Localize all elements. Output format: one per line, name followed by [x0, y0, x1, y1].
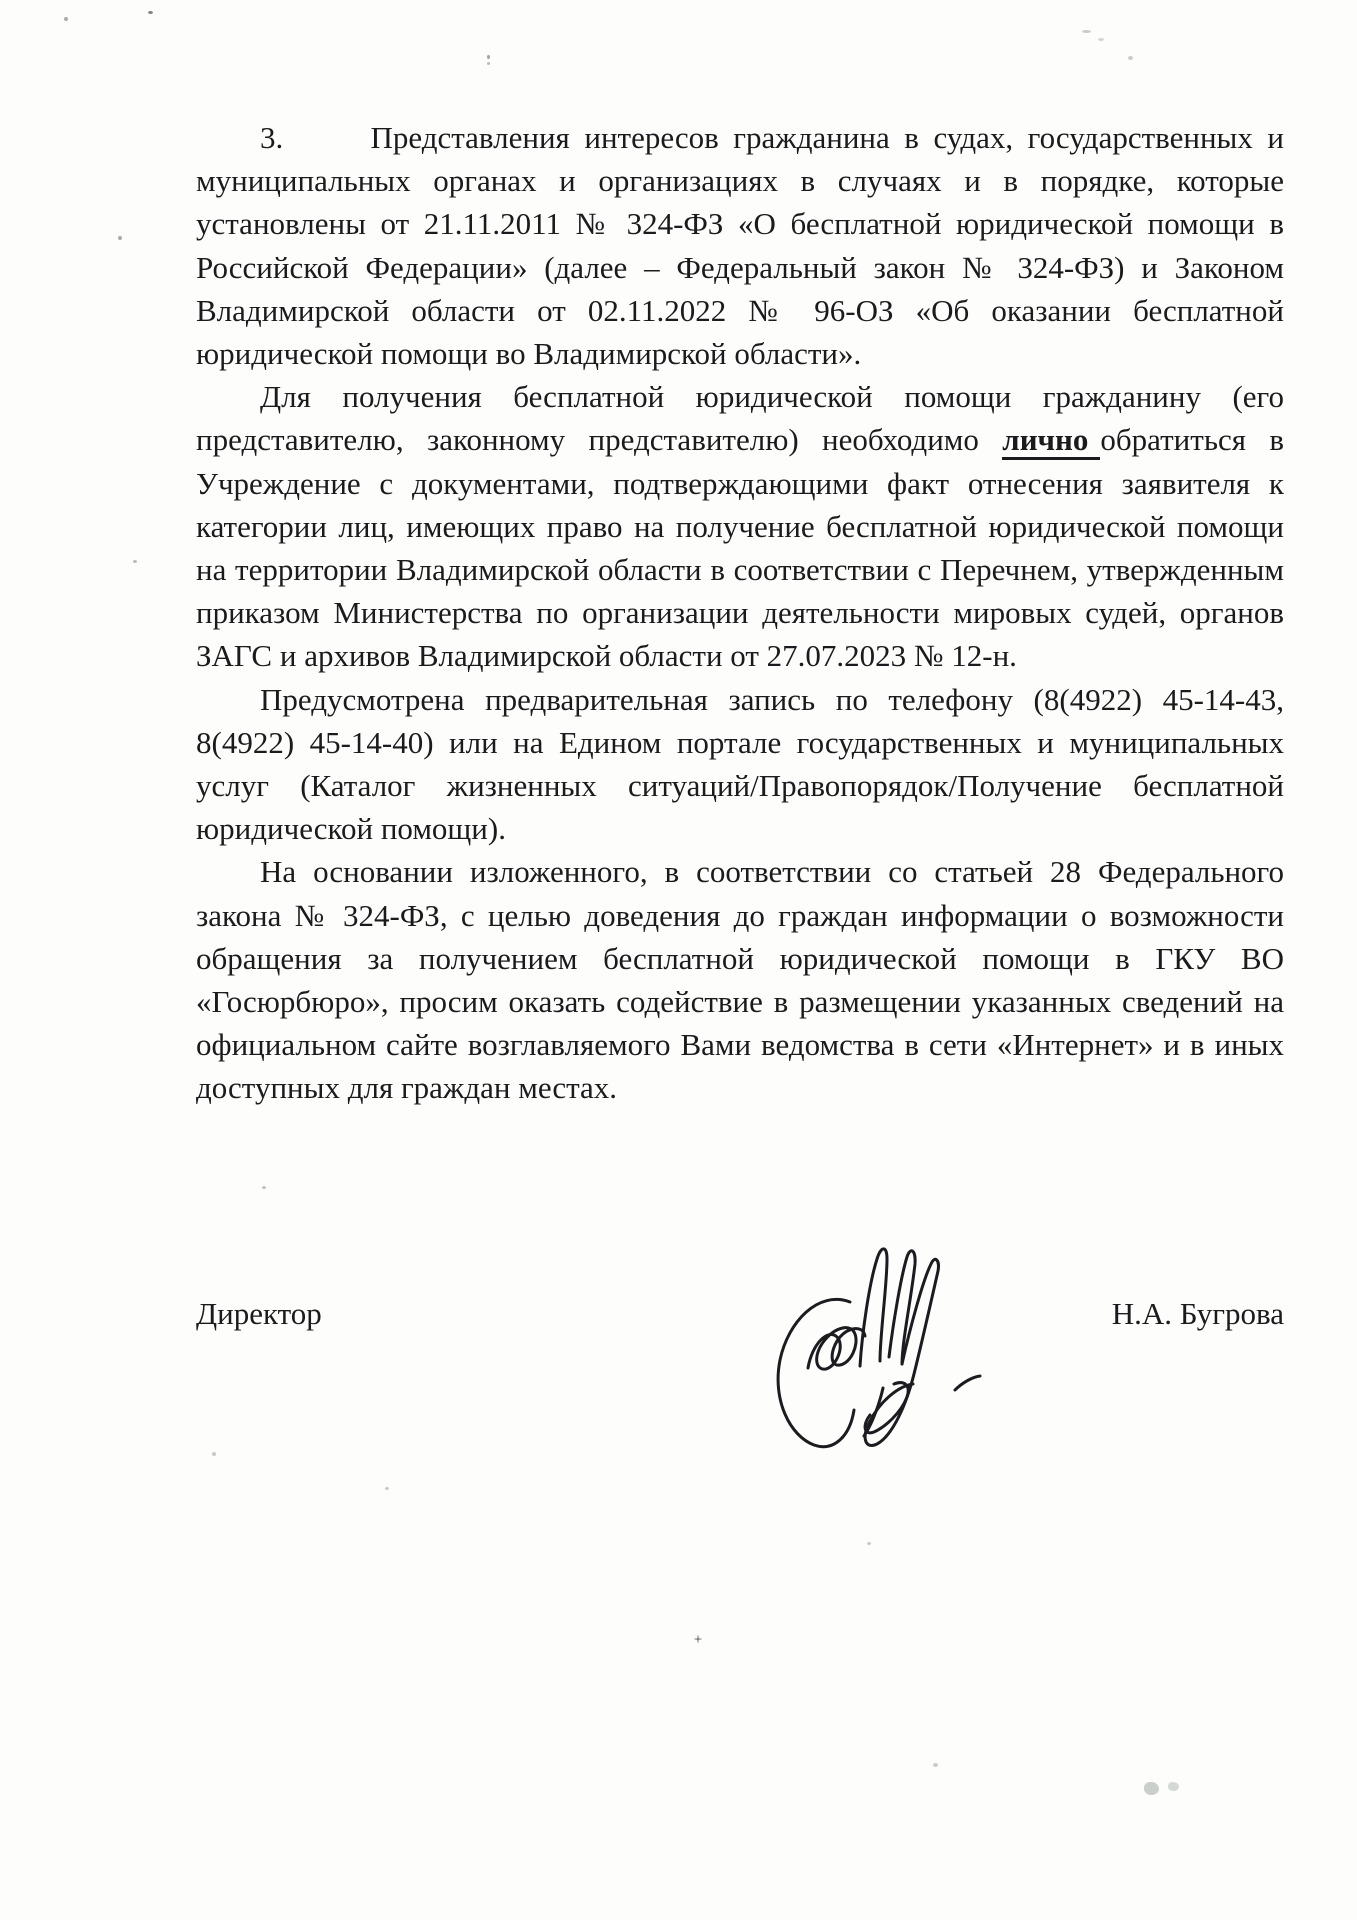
scan-speck [1128, 56, 1133, 60]
paragraph-4: На основании изложенного, в соответствии… [196, 850, 1284, 1109]
scan-speck [64, 17, 68, 21]
scan-speck [867, 1542, 871, 1545]
scan-speck [148, 11, 153, 14]
paragraph-1-text: 3. Представления интересов гражданина в … [196, 120, 1284, 371]
paragraph-1: 3. Представления интересов гражданина в … [196, 116, 1284, 375]
paragraph-2-emphasis: лично [1002, 422, 1100, 460]
scan-speck [262, 1186, 266, 1189]
paragraph-4-text: На основании изложенного, в соответствии… [196, 854, 1284, 1105]
paragraph-3: Предусмотрена предварительная запись по … [196, 678, 1284, 851]
paragraph-2-post: обратиться в Учреждение с документами, п… [196, 422, 1284, 673]
scan-speck [1082, 30, 1091, 33]
scan-speck [212, 1452, 216, 1456]
scan-speck [385, 1487, 389, 1490]
scan-speck [933, 1763, 938, 1767]
scan-speck [118, 236, 122, 240]
signature-scribble-icon [752, 1238, 997, 1458]
paragraph-2: Для получения бесплатной юридической пом… [196, 375, 1284, 677]
scan-speck [1098, 38, 1104, 41]
letter-body: 3. Представления интересов гражданина в … [196, 116, 1284, 1110]
scanned-letter-page: 3. Представления интересов гражданина в … [0, 0, 1357, 1920]
scan-speck [487, 55, 490, 59]
signer-role: Директор [196, 1292, 322, 1335]
paragraph-3-text: Предусмотрена предварительная запись по … [196, 682, 1284, 847]
signature-row: Директор Н.А. Бугрова [196, 1292, 1284, 1335]
scan-blob [1144, 1782, 1159, 1795]
signer-name: Н.А. Бугрова [1112, 1292, 1284, 1335]
scan-speck [697, 1635, 699, 1643]
scan-blob [1168, 1782, 1179, 1791]
scan-speck [487, 62, 490, 65]
handwritten-signature [752, 1238, 997, 1458]
scan-speck [133, 560, 137, 563]
